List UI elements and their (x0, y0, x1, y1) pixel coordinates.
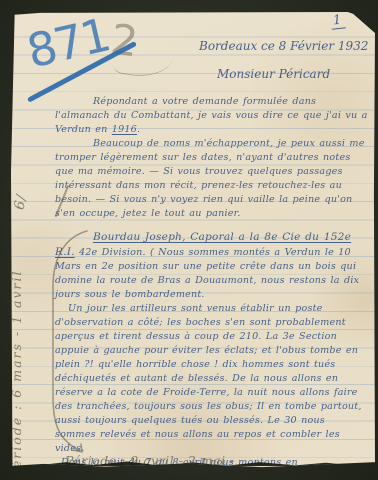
margin-period-note: Période : 6 mars - 1 avril (9, 224, 24, 478)
paragraph-intro: Répondant a votre demande formulée dans … (55, 95, 369, 137)
letter-page: 871 2 1 Bordeaux ce 8 Février 1932 Monsi… (11, 12, 375, 468)
paragraph-intro-text: Répondant a votre demande formulée dans … (55, 96, 368, 135)
paragraph-unit-text: 42e Division. ( Nous sommes montés a Ver… (55, 247, 359, 300)
dateline: Bordeaux ce 8 Février 1932 (199, 39, 368, 53)
pencil-tail-stroke (113, 38, 175, 81)
scanned-letter-photo: 871 2 1 Bordeaux ce 8 Février 1932 Monsi… (0, 0, 378, 480)
paragraph-unit: Bourdau Joseph, Caporal a la 8e Cie du 1… (55, 230, 369, 302)
letter-body: Répondant a votre demande formulée dans … (55, 95, 369, 470)
page-number: 1 (330, 12, 346, 29)
pencil-bracket (37, 225, 93, 461)
margin-mark: 6/ (12, 193, 30, 211)
paragraph-intro-end: . (137, 124, 140, 135)
archive-number: 871 (22, 7, 114, 78)
paragraph-caveat: Beaucoup de noms m'échapperont, je peux … (55, 137, 369, 221)
salutation: Monsieur Péricard (217, 67, 330, 81)
underlined-year: 1916 (112, 124, 137, 135)
paragraph-shelling: Un jour les artilleurs sont venus établi… (55, 302, 369, 456)
